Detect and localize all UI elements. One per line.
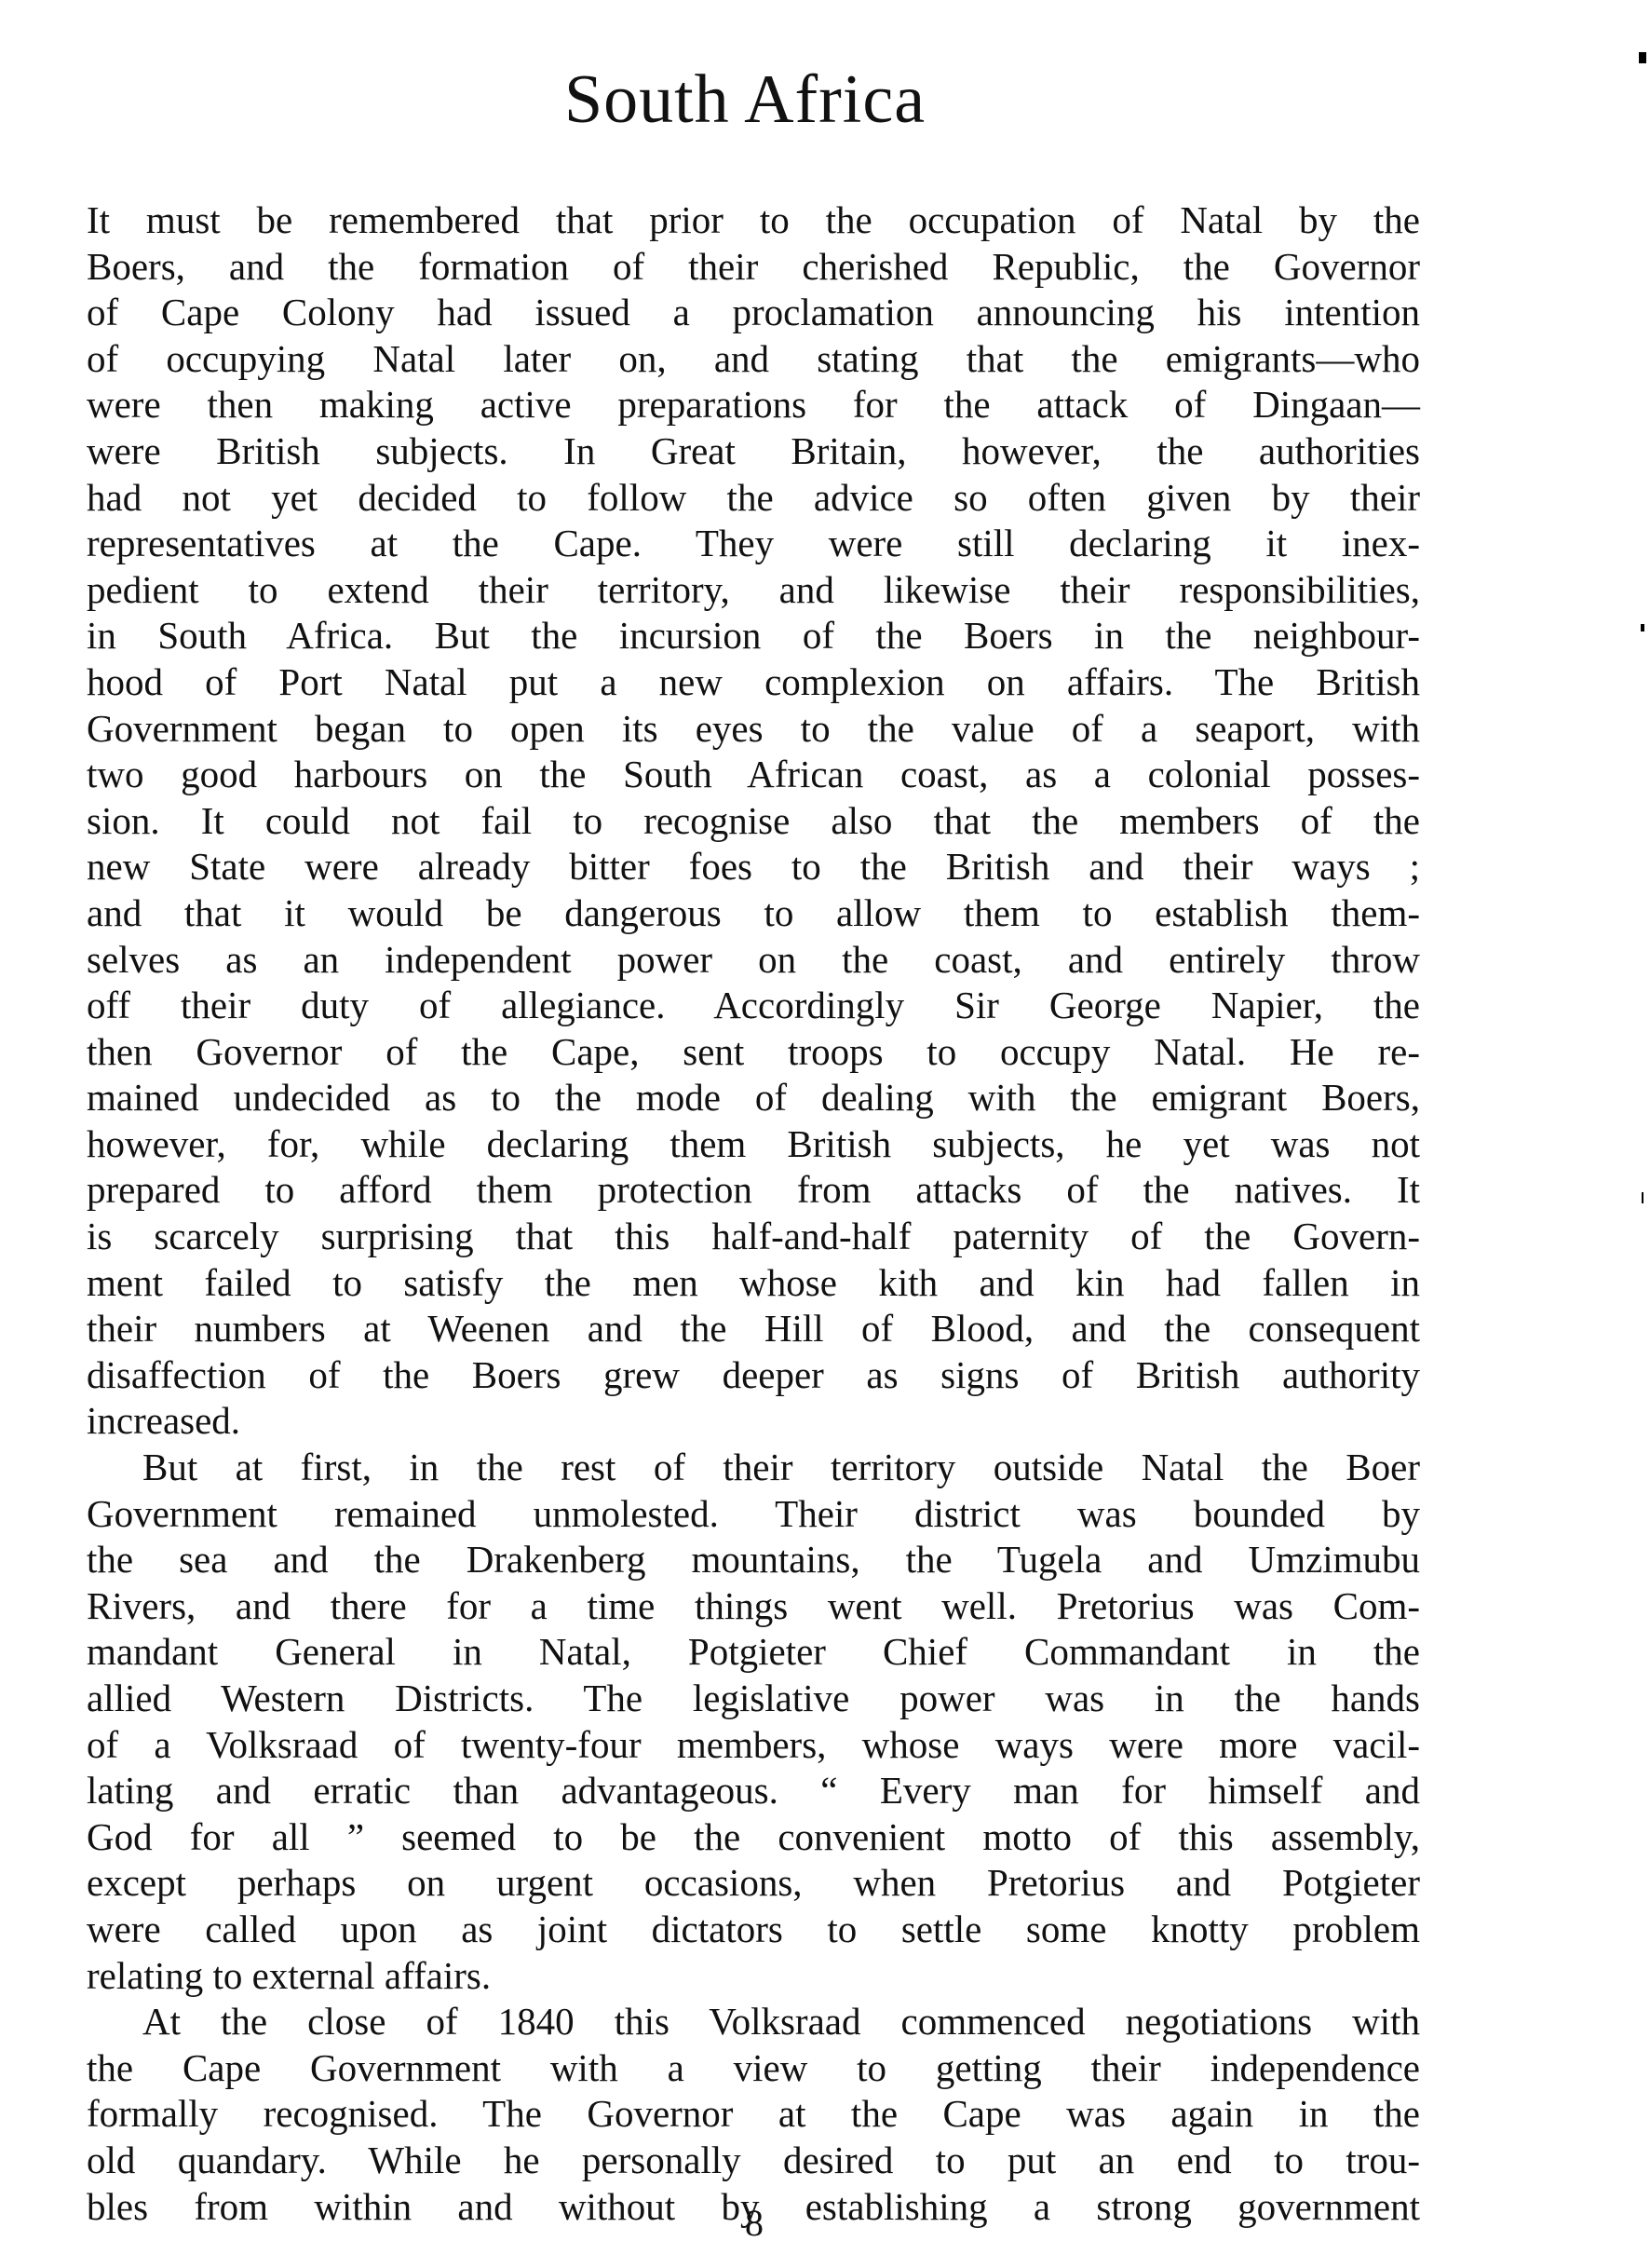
text-line: selves as an independent power on the co… (87, 937, 1420, 984)
text-line: Government began to open its eyes to the… (87, 706, 1420, 753)
text-line: allied Western Districts. The legislativ… (87, 1676, 1420, 1722)
text-line: new State were already bitter foes to th… (87, 844, 1420, 890)
text-line: sion. It could not fail to recognise als… (87, 798, 1420, 845)
text-line: had not yet decided to follow the advice… (87, 475, 1420, 522)
text-line: old quandary. While he personally desire… (87, 2138, 1420, 2184)
text-line: off their duty of allegiance. Accordingl… (87, 983, 1420, 1029)
text-line: relating to external affairs. (87, 1953, 1420, 2000)
text-line: were called upon as joint dictators to s… (87, 1907, 1420, 1953)
text-line: of a Volksraad of twenty-four members, w… (87, 1722, 1420, 1769)
page-title: South Africa (0, 58, 1490, 142)
text-line: At the close of 1840 this Volksraad comm… (87, 1999, 1420, 2045)
scan-artifact (1639, 52, 1646, 63)
text-line: representatives at the Cape. They were s… (87, 521, 1420, 567)
text-line: God for all ” seemed to be the convenien… (87, 1814, 1420, 1861)
text-line: in South Africa. But the incursion of th… (87, 613, 1420, 659)
text-line: disaffection of the Boers grew deeper as… (87, 1352, 1420, 1399)
text-line: is scarcely surprising that this half-an… (87, 1214, 1420, 1260)
text-line: prepared to afford them protection from … (87, 1167, 1420, 1214)
page-number: 8 (0, 2200, 1508, 2247)
text-line: Government remained unmolested. Their di… (87, 1491, 1420, 1538)
scan-artifact (1642, 1192, 1643, 1203)
text-line: increased. (87, 1398, 1420, 1445)
text-line: the sea and the Drakenberg mountains, th… (87, 1537, 1420, 1583)
text-line: however, for, while declaring them Briti… (87, 1121, 1420, 1168)
text-line: mandant General in Natal, Potgieter Chie… (87, 1629, 1420, 1676)
scan-artifact (1641, 624, 1644, 632)
text-line: the Cape Government with a view to getti… (87, 2045, 1420, 2092)
text-line: were then making active preparations for… (87, 382, 1420, 428)
text-line: and that it would be dangerous to allow … (87, 890, 1420, 937)
text-line: It must be remembered that prior to the … (87, 197, 1420, 244)
text-line: ment failed to satisfy the men whose kit… (87, 1260, 1420, 1307)
text-line: were British subjects. In Great Britain,… (87, 428, 1420, 475)
text-line: formally recognised. The Governor at the… (87, 2091, 1420, 2138)
text-line: hood of Port Natal put a new complexion … (87, 659, 1420, 706)
text-line: of occupying Natal later on, and stating… (87, 336, 1420, 383)
text-line: then Governor of the Cape, sent troops t… (87, 1029, 1420, 1076)
text-line: mained undecided as to the mode of deali… (87, 1075, 1420, 1121)
text-line: pedient to extend their territory, and l… (87, 567, 1420, 614)
text-line: But at first, in the rest of their terri… (87, 1445, 1420, 1491)
text-line: lating and erratic than advantageous. “ … (87, 1768, 1420, 1814)
text-line: two good harbours on the South African c… (87, 752, 1420, 798)
body-text: It must be remembered that prior to the … (87, 197, 1420, 2230)
text-line: their numbers at Weenen and the Hill of … (87, 1306, 1420, 1352)
text-line: Boers, and the formation of their cheris… (87, 244, 1420, 291)
text-line: of Cape Colony had issued a proclamation… (87, 290, 1420, 336)
text-line: Rivers, and there for a time things went… (87, 1583, 1420, 1630)
text-line: except perhaps on urgent occasions, when… (87, 1860, 1420, 1907)
